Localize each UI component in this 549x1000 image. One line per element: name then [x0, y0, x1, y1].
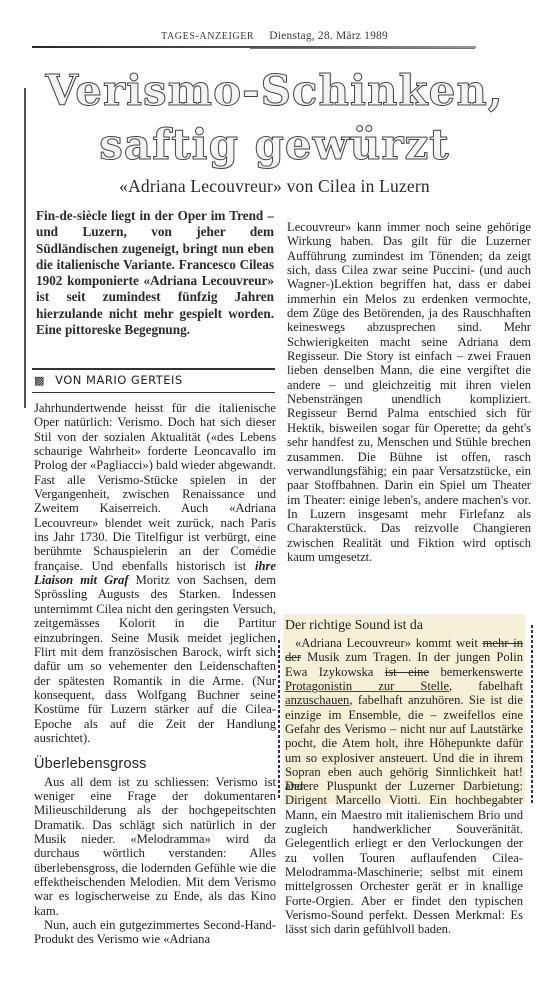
issue-date: Dienstag, 28. März 1989 [269, 30, 388, 42]
masthead: TAGES-ANZEIGER Dienstag, 28. März 1989 [0, 30, 549, 42]
section-heading-ueberlebensgross: Überlebensgross [34, 757, 276, 771]
byline-mark-icon: ▩ [34, 374, 45, 387]
byline-rule-bottom [32, 392, 275, 393]
article-column-left: Jahrhundertwende heisst für die italieni… [34, 401, 276, 947]
newspaper-name: TAGES-ANZEIGER [161, 31, 254, 42]
body-paragraph-1: Jahrhundertwende heisst für die italieni… [34, 401, 276, 745]
lead-paragraph: Fin-de-siècle liegt in der Oper im Trend… [36, 208, 274, 338]
body-paragraph-4: «Adriana Lecouvreur» kommt weit mehr in … [285, 636, 523, 794]
section-heading-sound: Der richtige Sound ist da [285, 617, 423, 633]
body-paragraph-3-continued: Lecouvreur» kann immer noch seine gehöri… [287, 220, 531, 564]
margin-mark-right [531, 625, 533, 805]
body-paragraph-5: andere Pluspunkt der Luzerner Darbietung… [285, 779, 523, 937]
article-column-right-top: Lecouvreur» kann immer noch seine gehöri… [287, 220, 531, 564]
body-paragraph-3-start: Nun, auch ein gutgezimmertes Second-Hand… [34, 918, 276, 947]
headline-line-1: Verismo-Schinken, [0, 66, 549, 115]
headline-line-2: saftig gewürzt [0, 120, 549, 169]
body-paragraph-2: Aus all dem ist zu schliessen: Verismo i… [34, 775, 276, 918]
margin-mark-left [278, 640, 280, 800]
article-column-right-bottom: andere Pluspunkt der Luzerner Darbietung… [285, 779, 523, 937]
struck-text-2: ist eine [385, 665, 429, 679]
subheadline: «Adriana Lecouvreur» von Cilea in Luzern [0, 176, 549, 197]
byline: ▩ VON MARIO GERTEIS [34, 373, 274, 387]
underlined-text-2: anzuschauen [285, 693, 349, 707]
author: VON MARIO GERTEIS [55, 373, 183, 387]
masthead-rule-secondary [250, 48, 475, 49]
highlighted-paragraph: «Adriana Lecouvreur» kommt weit mehr in … [285, 636, 523, 794]
underlined-text: Protagonistin zur Stelle [285, 679, 449, 693]
byline-rule-top [32, 368, 275, 370]
